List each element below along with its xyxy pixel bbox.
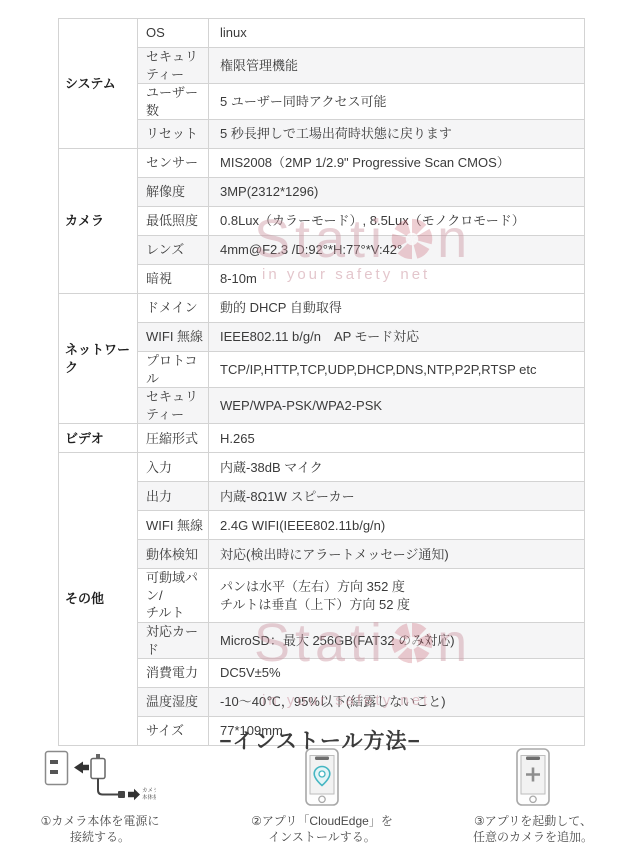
spec-value-cell: H.265 [209,424,585,453]
spec-label-cell: 解像度 [138,178,209,207]
spec-value-cell: DC5V±5% [209,659,585,688]
spec-label-cell: プロトコル [138,352,209,388]
spec-row: 最低照度0.8Lux（カラーモード）, 8.5Lux（モノクロモード） [59,207,585,236]
spec-table-body: システムOSlinuxセキュリティー権限管理機能ユーザー数5 ユーザー同時アクセ… [59,19,585,746]
spec-value-cell: 内蔵-38dB マイク [209,453,585,482]
spec-row: ネットワークドメイン動的 DHCP 自動取得 [59,294,585,323]
spec-label-cell: セキュリティー [138,48,209,84]
spec-row: カメラセンサーMIS2008（2MP 1/2.9" Progressive Sc… [59,149,585,178]
install-step-3: ③アプリを起動して、 任意のカメラを追加。 [443,746,623,845]
install-step-2-caption: ②アプリ「CloudEdge」を インストールする。 [232,813,412,845]
spec-label-cell: 動体検知 [138,540,209,569]
outlet-note-line1: カメラ [142,787,156,794]
spec-value-cell: 動的 DHCP 自動取得 [209,294,585,323]
spec-table: システムOSlinuxセキュリティー権限管理機能ユーザー数5 ユーザー同時アクセ… [58,18,585,746]
spec-label-cell: WIFI 無線 [138,511,209,540]
spec-label-cell: セキュリティー [138,388,209,424]
spec-label-cell: ユーザー数 [138,84,209,120]
spec-label-cell: 消費電力 [138,659,209,688]
spec-value-cell: 8-10m [209,265,585,294]
spec-label-cell: 暗視 [138,265,209,294]
spec-value-cell: WEP/WPA-PSK/WPA2-PSK [209,388,585,424]
category-cell: システム [59,19,138,149]
spec-row: セキュリティー権限管理機能 [59,48,585,84]
spec-row: 暗視8-10m [59,265,585,294]
spec-row: WIFI 無線IEEE802.11 b/g/n AP モード対応 [59,323,585,352]
spec-label-cell: ドメイン [138,294,209,323]
spec-value-cell: パンは水平（左右）方向 352 度 チルトは垂直（上下）方向 52 度 [209,569,585,623]
spec-label-cell: 出力 [138,482,209,511]
power-connect-illustration: カメラ 本体接続 [10,746,190,808]
spec-value-cell: 0.8Lux（カラーモード）, 8.5Lux（モノクロモード） [209,207,585,236]
spec-label-cell: 対応カード [138,623,209,659]
spec-row: レンズ4mm@F2.3 /D:92°*H:77°*V:42° [59,236,585,265]
spec-row: セキュリティーWEP/WPA-PSK/WPA2-PSK [59,388,585,424]
spec-value-cell: linux [209,19,585,48]
spec-value-cell: IEEE802.11 b/g/n AP モード対応 [209,323,585,352]
spec-value-cell: 権限管理機能 [209,48,585,84]
spec-label-cell: WIFI 無線 [138,323,209,352]
spec-label-cell: 入力 [138,453,209,482]
spec-value-cell: MicroSD：最大 256GB(FAT32 のみ対応) [209,623,585,659]
spec-value-cell: 対応(検出時にアラートメッセージ通知) [209,540,585,569]
spec-row: 消費電力DC5V±5% [59,659,585,688]
spec-value-cell: 3MP(2312*1296) [209,178,585,207]
category-cell: カメラ [59,149,138,294]
product-spec-page: システムOSlinuxセキュリティー権限管理機能ユーザー数5 ユーザー同時アクセ… [0,0,640,853]
spec-value-cell: -10〜40℃，95%以下(結露しないこと) [209,688,585,717]
install-step-2: ②アプリ「CloudEdge」を インストールする。 [232,746,412,845]
spec-label-cell: リセット [138,120,209,149]
spec-row: 可動域パン/ チルトパンは水平（左右）方向 352 度 チルトは垂直（上下）方向… [59,569,585,623]
spec-row: 動体検知対応(検出時にアラートメッセージ通知) [59,540,585,569]
spec-label-cell: 温度湿度 [138,688,209,717]
spec-value-cell: TCP/IP,HTTP,TCP,UDP,DHCP,DNS,NTP,P2P,RTS… [209,352,585,388]
spec-row: 解像度3MP(2312*1296) [59,178,585,207]
spec-row: その他入力内蔵-38dB マイク [59,453,585,482]
spec-row: リセット5 秒長押しで工場出荷時状態に戻ります [59,120,585,149]
spec-row: 対応カードMicroSD：最大 256GB(FAT32 のみ対応) [59,623,585,659]
category-cell: ネットワーク [59,294,138,424]
spec-label-cell: 可動域パン/ チルト [138,569,209,623]
install-step-3-caption: ③アプリを起動して、 任意のカメラを追加。 [443,813,623,845]
outlet-plug-icon: カメラ 本体接続 [44,750,156,804]
category-cell: ビデオ [59,424,138,453]
phone-cloudedge-app-icon [305,748,339,806]
spec-row: システムOSlinux [59,19,585,48]
install-step-1-caption: ①カメラ本体を電源に 接続する。 [10,813,190,845]
spec-label-cell: 最低照度 [138,207,209,236]
spec-label-cell: OS [138,19,209,48]
spec-row: WIFI 無線2.4G WIFI(IEEE802.11b/g/n) [59,511,585,540]
spec-label-cell: センサー [138,149,209,178]
spec-value-cell: 5 秒長押しで工場出荷時状態に戻ります [209,120,585,149]
spec-row: 温度湿度-10〜40℃，95%以下(結露しないこと) [59,688,585,717]
category-cell: その他 [59,453,138,746]
spec-value-cell: 2.4G WIFI(IEEE802.11b/g/n) [209,511,585,540]
spec-row: ユーザー数5 ユーザー同時アクセス可能 [59,84,585,120]
spec-value-cell: 4mm@F2.3 /D:92°*H:77°*V:42° [209,236,585,265]
install-step-1: カメラ 本体接続 ①カメラ本体を電源に 接続する。 [10,746,190,845]
spec-value-cell: 内蔵-8Ω1W スピーカー [209,482,585,511]
spec-value-cell: MIS2008（2MP 1/2.9" Progressive Scan CMOS… [209,149,585,178]
spec-label-cell: レンズ [138,236,209,265]
spec-row: ビデオ圧縮形式H.265 [59,424,585,453]
spec-label-cell: 圧縮形式 [138,424,209,453]
phone-add-camera-icon [516,748,550,806]
spec-row: 出力内蔵-8Ω1W スピーカー [59,482,585,511]
spec-value-cell: 5 ユーザー同時アクセス可能 [209,84,585,120]
spec-row: プロトコルTCP/IP,HTTP,TCP,UDP,DHCP,DNS,NTP,P2… [59,352,585,388]
outlet-note-line2: 本体接続 [142,793,156,801]
